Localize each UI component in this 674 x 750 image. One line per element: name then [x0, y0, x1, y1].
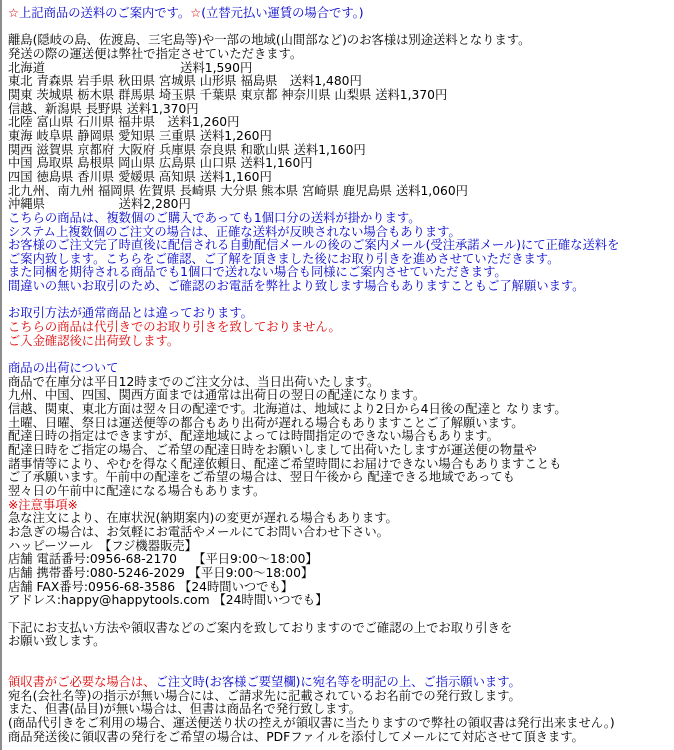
- text-segment: 商品で在庫分は平日12時までのご注文分は、当日出荷いたします。: [8, 375, 379, 389]
- region-fee-line-kanto: 関東 茨城県 栃木県 群馬県 埼玉県 千葉県 東京都 神奈川県 山梨県 送料1,…: [8, 89, 670, 103]
- notice-line: 発送の際の運送便は弊社で指定させていただきます。: [8, 48, 670, 62]
- text-segment: お客様のご注文完了時直後に配信される自動配信メールの後のご案内メール(受注承諾メ…: [8, 238, 619, 252]
- shop-mobile-line: 店舗 携帯番号:080-5246-2029 【平日9:00〜18:00】: [8, 567, 670, 581]
- text-segment: ご注文時(お客様ご要望欄)に宛名等を明記の上、ご指示願います。: [156, 675, 521, 689]
- text-segment: 配達日時をご指定の場合、ご希望の配達日時をお願いしまして出荷いたしますが運送便の…: [8, 443, 537, 457]
- shipping-detail-line: 信越、関東、東北方面は翌々日の配達です。北海道は、地域により2日から4日後の配達…: [8, 403, 670, 417]
- text-segment: 離島(隠岐の島、佐渡島、三宅島等)や一部の地域(山間部など)のお客様は別途送料と…: [8, 33, 530, 47]
- section-title-shipping: 商品の出荷について: [8, 362, 670, 376]
- text-segment: 諸事情等により、やむを得なく配達依頼日、配達ご希望時間にお届けできない場合もあり…: [8, 457, 561, 471]
- region-fee-line-shikoku: 四国 徳島県 香川県 愛媛県 高知県 送料1,160円: [8, 171, 670, 185]
- notice-line: 離島(隠岐の島、佐渡島、三宅島等)や一部の地域(山間部など)のお客様は別途送料と…: [8, 34, 670, 48]
- footer-notice-line: 下記にお支払い方法や領収書などのご案内を致しておりますのでご確認の上でお取り引き…: [8, 622, 670, 636]
- text-segment: こちらの商品は代引きでのお取り引きを致しておりません。: [8, 320, 341, 334]
- text-segment: 沖縄県 送料2,280円: [8, 197, 191, 211]
- text-segment: こちらの商品は、複数個のご購入であっても1個口分の送料が掛かります。: [8, 211, 421, 225]
- blank-line: [8, 348, 670, 362]
- shipping-detail-line: 配達日時をご指定の場合、ご希望の配達日時をお願いしまして出荷いたしますが運送便の…: [8, 444, 670, 458]
- order-notice-line: お客様のご注文完了時直後に配信される自動配信メールの後のご案内メール(受注承諾メ…: [8, 239, 670, 253]
- text-segment: 商品の出荷について: [8, 361, 118, 375]
- text-segment: 九州、中国、四国、関西方面までは通常は出荷日の翌日の配達になります。: [8, 388, 425, 402]
- payment-notice-line: こちらの商品は代引きでのお取り引きを致しておりません。: [8, 321, 670, 335]
- text-segment: ご入金確認後に出荷致します。: [8, 334, 179, 348]
- text-segment: 翌々日の午前中に配達になる場合もあります。: [8, 484, 265, 498]
- text-segment: 中国 鳥取県 島根県 岡山県 広島県 山口県 送料1,160円: [8, 156, 313, 170]
- text-segment: 北陸 富山県 石川県 福井県 送料1,260円: [8, 115, 239, 129]
- text-segment: 四国 徳島県 香川県 愛媛県 高知県 送料1,160円: [8, 170, 272, 184]
- footer-notice-line: お願い致します。: [8, 635, 670, 649]
- text-segment: 北九州、南九州 福岡県 佐賀県 長崎県 大分県 熊本県 宮崎県 鹿児島県 送料1…: [8, 184, 468, 198]
- text-segment: 東海 岐阜県 静岡県 愛知県 三重県 送料1,260円: [8, 129, 272, 143]
- text-segment: (立替元払い運賃の場合です。): [201, 6, 363, 20]
- text-segment: ※注意事項※: [8, 498, 78, 512]
- region-fee-line-okinawa: 沖縄県 送料2,280円: [8, 198, 670, 212]
- receipt-notice-line: (商品代引きをご利用の場合、運送便送り状の控えが領収書に当たりますので弊社の領収…: [8, 717, 670, 731]
- text-segment: お願い致します。: [8, 634, 105, 648]
- text-segment: ☆: [8, 6, 19, 20]
- text-segment: お取引方法が通常商品とは違っております。: [8, 306, 253, 320]
- text-segment: 店舗 携帯番号:080-5246-2029 【平日9:00〜18:00】: [8, 566, 313, 580]
- text-segment: また同梱を期待される商品でも1個口で送れない場合も同様にご案内させていただきます…: [8, 265, 507, 279]
- text-segment: ハッピーツール 【フジ機器販売】: [8, 539, 197, 553]
- caution-line: お急ぎの場合は、お気軽にお電話やメールにてお問い合わせ下さい。: [8, 526, 670, 540]
- receipt-notice-line: 商品発送後に領収書の発行をご希望の場合は、PDFファイルを添付してメールにて対応…: [8, 731, 670, 745]
- text-segment: 間違いの無いお取引のため、ご確認のお電話を弊社より致します場合もありますこともご…: [8, 279, 584, 293]
- text-segment: 信越、関東、東北方面は翌々日の配達です。北海道は、地域により2日から4日後の配達…: [8, 402, 567, 416]
- text-segment: 東北 青森県 岩手県 秋田県 宮城県 山形県 福島県 送料1,480円: [8, 74, 362, 88]
- payment-notice-line: ご入金確認後に出荷致します。: [8, 335, 670, 349]
- text-segment: 配達日時の指定はできますが、配達地域によっては時間指定のできない場合もあります。: [8, 429, 499, 443]
- shop-email-line: アドレス:happy@happytools.com 【24時間いつでも】: [8, 594, 670, 608]
- text-segment: 店舗 FAX番号:0956-68-3586 【24時間いつでも】: [8, 580, 293, 594]
- shipping-notice-document: ☆上記商品の送料のご案内です。☆(立替元払い運賃の場合です。) 離島(隠岐の島、…: [0, 0, 674, 750]
- text-segment: 北海道 送料1,590円: [8, 61, 252, 75]
- region-fee-line-hokuriku: 北陸 富山県 石川県 福井県 送料1,260円: [8, 116, 670, 130]
- text-segment: 土曜、日曜、祭日は運送便等の都合もあり出荷が遅れる場合もありますことご了解願いま…: [8, 416, 524, 430]
- text-segment: また、但書(品目)が無い場合は、但書は商品名で発行致します。: [8, 702, 361, 716]
- text-segment: 宛名(会社名等)の指示が無い場合には、ご請求先に記載されているお名前での発行致し…: [8, 689, 521, 703]
- order-notice-line: こちらの商品は、複数個のご購入であっても1個口分の送料が掛かります。: [8, 212, 670, 226]
- shipping-detail-line: ご了承願います。午前中の配達をご希望の場合は、翌日午後から 配達できる地域であっ…: [8, 471, 670, 485]
- page-title: ☆上記商品の送料のご案内です。☆(立替元払い運賃の場合です。): [8, 7, 670, 21]
- text-segment: 関西 滋賀県 京都府 大阪府 兵庫県 奈良県 和歌山県 送料1,160円: [8, 143, 366, 157]
- shipping-detail-line: 配達日時の指定はできますが、配達地域によっては時間指定のできない場合もあります。: [8, 430, 670, 444]
- blank-line: [8, 649, 670, 663]
- region-fee-line-tokai: 東海 岐阜県 静岡県 愛知県 三重県 送料1,260円: [8, 130, 670, 144]
- text-segment: 店舗 電話番号:0956-68-2170 【平日9:00〜18:00】: [8, 552, 318, 566]
- text-segment: ☆: [190, 6, 201, 20]
- shipping-detail-line: 九州、中国、四国、関西方面までは通常は出荷日の翌日の配達になります。: [8, 389, 670, 403]
- text-segment: 関東 茨城県 栃木県 群馬県 埼玉県 千葉県 東京都 神奈川県 山梨県 送料1,…: [8, 88, 447, 102]
- text-segment: 発送の際の運送便は弊社で指定させていただきます。: [8, 47, 302, 61]
- receipt-notice-line: 領収書がご必要な場合は、ご注文時(お客様ご要望欄)に宛名等を明記の上、ご指示願い…: [8, 676, 670, 690]
- shop-phone-line: 店舗 電話番号:0956-68-2170 【平日9:00〜18:00】: [8, 553, 670, 567]
- text-segment: 信越、新潟県 長野県 送料1,370円: [8, 102, 199, 116]
- text-segment: 領収書がご必要な場合は、: [8, 675, 156, 689]
- order-notice-line: 間違いの無いお取引のため、ご確認のお電話を弊社より致します場合もありますこともご…: [8, 280, 670, 294]
- text-segment: 下記にお支払い方法や領収書などのご案内を致しておりますのでご確認の上でお取り引き…: [8, 621, 512, 635]
- blank-line: [8, 608, 670, 622]
- text-segment: 商品発送後に領収書の発行をご希望の場合は、PDFファイルを添付してメールにて対応…: [8, 730, 584, 744]
- text-segment: 急な注文により、在庫状況(納期案内)の変更が遅れる場合もあります。: [8, 511, 398, 525]
- region-fee-line-tohoku: 東北 青森県 岩手県 秋田県 宮城県 山形県 福島県 送料1,480円: [8, 75, 670, 89]
- region-fee-line-chugoku: 中国 鳥取県 島根県 岡山県 広島県 山口県 送料1,160円: [8, 157, 670, 171]
- text-segment: (商品代引きをご利用の場合、運送便送り状の控えが領収書に当たりますので弊社の領収…: [8, 716, 615, 730]
- text-segment: システム上複数個のご注文の場合は、正確な送料が反映されない場合もあります。: [8, 225, 461, 239]
- shipping-detail-line: 翌々日の午前中に配達になる場合もあります。: [8, 485, 670, 499]
- text-segment: 上記商品の送料のご案内です。: [19, 6, 190, 20]
- text-segment: お急ぎの場合は、お気軽にお電話やメールにてお問い合わせ下さい。: [8, 525, 389, 539]
- caution-line: 急な注文により、在庫状況(納期案内)の変更が遅れる場合もあります。: [8, 512, 670, 526]
- text-segment: ご案内致します。こちらをご確認、ご了解を頂きました後にお取り引きを進めさせていた…: [8, 252, 559, 266]
- text-segment: アドレス:happy@happytools.com 【24時間いつでも】: [8, 593, 328, 607]
- text-segment: ご了承願います。午前中の配達をご希望の場合は、翌日午後から 配達できる地域であっ…: [8, 470, 515, 484]
